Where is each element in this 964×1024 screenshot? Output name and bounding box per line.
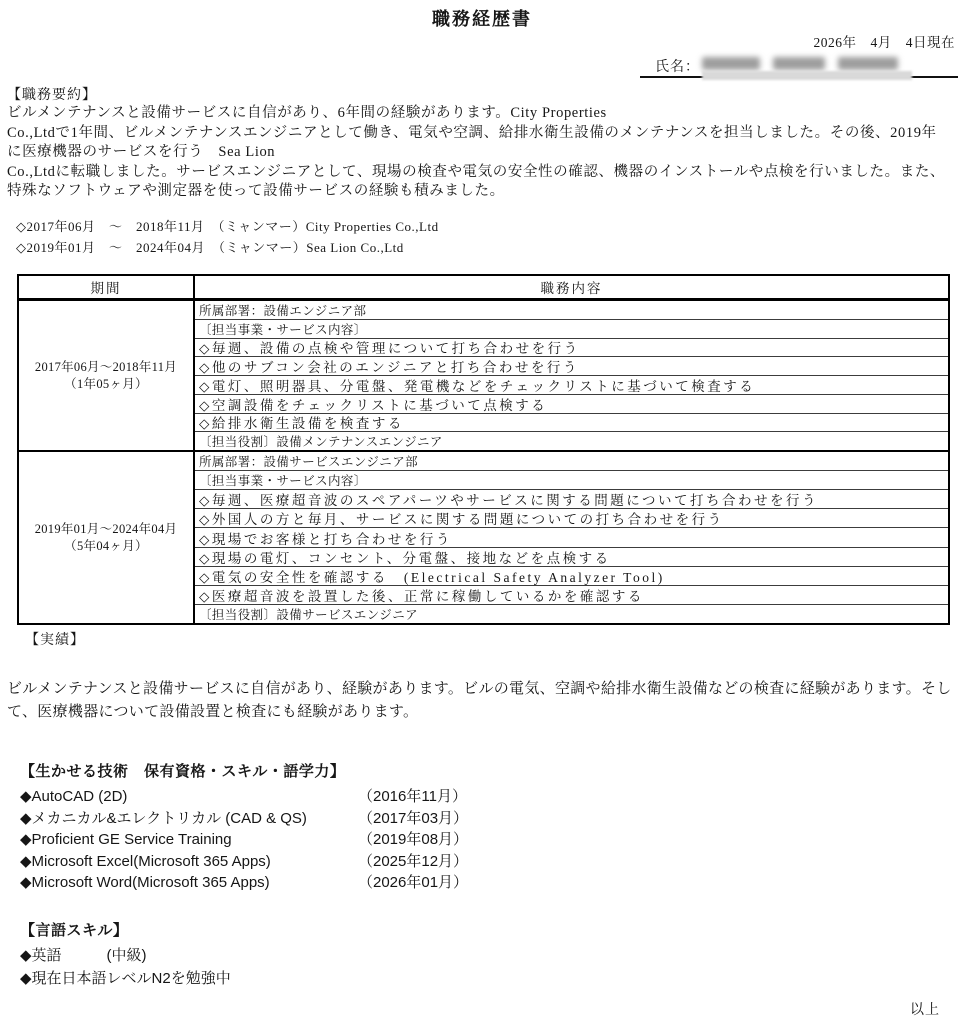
period-duration: （5年04ヶ月）: [64, 538, 148, 555]
work-items: 所属部署：設備サービスエンジニア部 〔担当事業・サービス内容〕 ◇毎週、医療超音…: [195, 452, 948, 623]
work-item: ◇電気の安全性を確認する (Electrical Safety Analyzer…: [195, 566, 948, 585]
work-item: ◇空調設備をチェックリストに基づいて点検する: [195, 394, 948, 413]
work-item: 所属部署：設備サービスエンジニア部: [195, 452, 948, 470]
work-history-table: 期間 職務内容 2017年06月～2018年11月 （1年05ヶ月） 所属部署：…: [17, 274, 950, 625]
period-header-cell: 期間: [19, 276, 195, 298]
languages-heading: 【言語スキル】: [20, 919, 128, 940]
skill-date: （2026年01月）: [358, 872, 468, 894]
name-row: 氏名：: [640, 54, 958, 78]
work-item: 〔担当事業・サービス内容〕: [195, 470, 948, 489]
period-cell: 2017年06月～2018年11月 （1年05ヶ月）: [19, 301, 195, 450]
summary-line: ビルメンテナンスと設備サービスに自信があり、6年間の経験があります。City P…: [7, 104, 959, 124]
work-item: ◇外国人の方と毎月、サービスに関する問題についての打ち合わせを行う: [195, 508, 948, 527]
period-range: 2019年01月～2024年04月: [35, 521, 178, 538]
language-item: ◆現在日本語レベルN2を勉強中: [20, 967, 231, 990]
redacted-name: [702, 54, 930, 72]
work-item: 所属部署：設備エンジニア部: [195, 301, 948, 319]
skill-name: ◆AutoCAD (2D): [20, 786, 358, 808]
skills-heading: 【生かせる技術 保有資格・スキル・語学力】: [20, 760, 345, 781]
work-item: ◇毎週、医療超音波のスペアパーツやサービスに関する問題について打ち合わせを行う: [195, 489, 948, 508]
summary-line: Co.,Ltdに転職しました。サービスエンジニアとして、現場の検査や電気の安全性…: [7, 163, 959, 183]
table-row: 2017年06月～2018年11月 （1年05ヶ月） 所属部署：設備エンジニア部…: [19, 301, 948, 452]
skill-date: （2025年12月）: [358, 851, 468, 873]
summary-line: に医療機器のサービスを行う Sea Lion: [7, 143, 959, 163]
period-range: 2017年06月～2018年11月: [35, 359, 177, 376]
career-entry: ◇2017年06月 ～ 2018年11月 （ミャンマー）City Propert…: [16, 217, 439, 238]
skill-date: （2016年11月）: [358, 786, 467, 808]
table-header-row: 期間 職務内容: [19, 276, 948, 301]
achievements-paragraph: ビルメンテナンスと設備サービスに自信があり、経験があります。ビルの電気、空調や給…: [7, 678, 959, 723]
skill-item: ◆Proficient GE Service Training （2019年08…: [20, 829, 620, 851]
skill-name: ◆Microsoft Excel(Microsoft 365 Apps): [20, 851, 358, 873]
work-item: ◇給排水衛生設備を検査する: [195, 413, 948, 432]
current-date: 2026年 4月 4日現在: [814, 31, 956, 51]
skill-name: ◆メカニカル&エレクトリカル (CAD & QS): [20, 808, 358, 830]
achievements-line: て、医療機器について設備設置と検査にも経験があります。: [7, 701, 959, 724]
details-header-cell: 職務内容: [195, 276, 948, 298]
closing-text: 以上: [910, 999, 940, 1019]
work-item: 〔担当役割〕設備メンテナンスエンジニア: [195, 431, 948, 450]
work-item: ◇現場の電灯、コンセント、分電盤、接地などを点検する: [195, 547, 948, 566]
work-item: ◇医療超音波を設置した後、正常に稼働しているかを確認する: [195, 585, 948, 604]
summary-line: 特殊なソフトウェアや測定器を使って設備サービスの経験も積みました。: [7, 182, 959, 202]
skill-name: ◆Microsoft Word(Microsoft 365 Apps): [20, 872, 358, 894]
career-entry: ◇2019年01月 ～ 2024年04月 （ミャンマー）Sea Lion Co.…: [16, 238, 439, 259]
work-items: 所属部署：設備エンジニア部 〔担当事業・サービス内容〕 ◇毎週、設備の点検や管理…: [195, 301, 948, 450]
period-duration: （1年05ヶ月）: [64, 376, 148, 393]
summary-paragraph: ビルメンテナンスと設備サービスに自信があり、6年間の経験があります。City P…: [7, 104, 959, 202]
achievements-line: ビルメンテナンスと設備サービスに自信があり、経験があります。ビルの電気、空調や給…: [7, 678, 959, 701]
skill-item: ◆メカニカル&エレクトリカル (CAD & QS) （2017年03月）: [20, 808, 620, 830]
skill-item: ◆Microsoft Excel(Microsoft 365 Apps) （20…: [20, 851, 620, 873]
summary-line: Co.,Ltdで1年間、ビルメンテナンスエンジニアとして働き、電気や空調、給排水…: [7, 124, 959, 144]
name-label: 氏名：: [655, 56, 700, 76]
table-row: 2019年01月～2024年04月 （5年04ヶ月） 所属部署：設備サービスエン…: [19, 452, 948, 623]
career-digest: ◇2017年06月 ～ 2018年11月 （ミャンマー）City Propert…: [16, 217, 439, 258]
work-item: ◇毎週、設備の点検や管理について打ち合わせを行う: [195, 338, 948, 357]
skill-item: ◆AutoCAD (2D) （2016年11月）: [20, 786, 620, 808]
skills-list: ◆AutoCAD (2D) （2016年11月） ◆メカニカル&エレクトリカル …: [20, 786, 620, 894]
work-item: 〔担当役割〕設備サービスエンジニア: [195, 604, 948, 623]
work-item: ◇電灯、照明器具、分電盤、発電機などをチェックリストに基づいて検査する: [195, 375, 948, 394]
summary-heading: 【職務要約】: [7, 84, 97, 104]
skill-date: （2019年08月）: [358, 829, 468, 851]
work-item: ◇現場でお客様と打ち合わせを行う: [195, 527, 948, 546]
period-cell: 2019年01月～2024年04月 （5年04ヶ月）: [19, 452, 195, 623]
work-item: 〔担当事業・サービス内容〕: [195, 319, 948, 338]
languages-list: ◆英語 (中級) ◆現在日本語レベルN2を勉強中: [20, 944, 231, 990]
skill-date: （2017年03月）: [358, 808, 468, 830]
achievements-heading: 【実績】: [25, 629, 85, 649]
language-item: ◆英語 (中級): [20, 944, 231, 967]
document-title: 職務経歴書: [0, 5, 964, 31]
work-item: ◇他のサブコン会社のエンジニアと打ち合わせを行う: [195, 356, 948, 375]
redaction-bar: [702, 71, 912, 80]
skill-name: ◆Proficient GE Service Training: [20, 829, 358, 851]
skill-item: ◆Microsoft Word(Microsoft 365 Apps) （202…: [20, 872, 620, 894]
